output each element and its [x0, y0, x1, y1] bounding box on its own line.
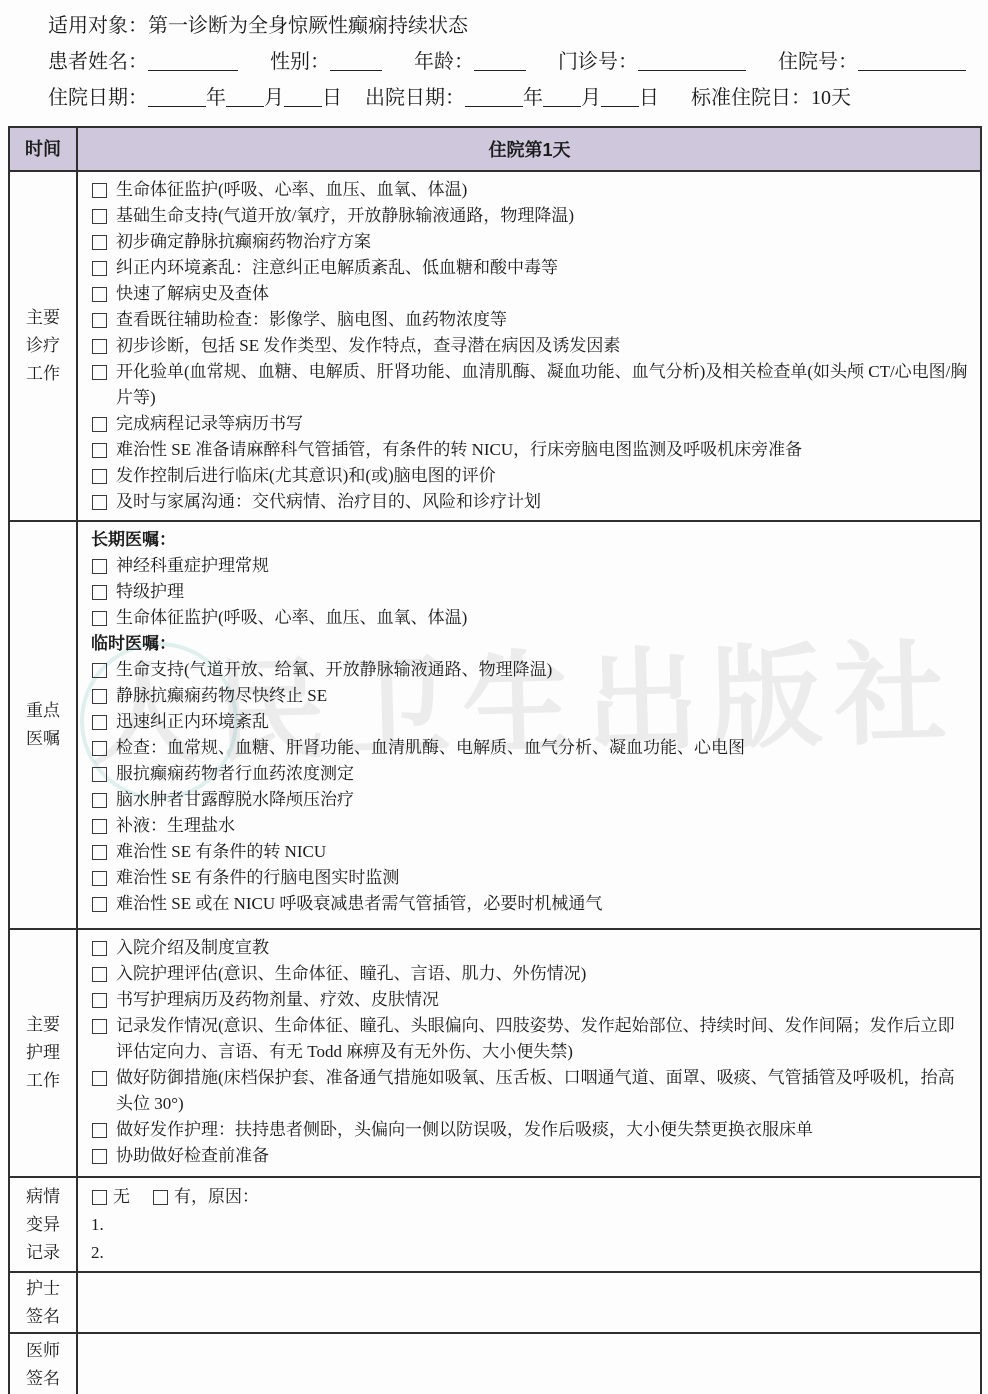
checkbox-icon[interactable]: [92, 663, 107, 678]
patient-name-label: 患者姓名：: [48, 51, 148, 73]
applicable-target-line: 适用对象：第一诊断为全身惊厥性癫痫持续状态: [48, 8, 958, 44]
checkbox-icon[interactable]: [92, 897, 107, 912]
variation-options: 无 有，原因：: [91, 1183, 968, 1211]
row-main-treatment-work: 主要 诊疗 工作 生命体征监护(呼吸、心率、血压、血氧、体温) 基础生命支持(气…: [10, 170, 980, 520]
checkbox-icon[interactable]: [92, 469, 107, 484]
checkbox-icon[interactable]: [92, 845, 107, 860]
checkbox-icon[interactable]: [92, 261, 107, 276]
variation-record-area: 无 有，原因： 1. 2.: [78, 1178, 980, 1271]
admission-month-blank[interactable]: [226, 86, 264, 107]
checkbox-icon[interactable]: [92, 1149, 107, 1164]
year-suffix: 年: [523, 87, 543, 109]
checklist-item: 开化验单(血常规、血糖、电解质、肝肾功能、血清肌酶、凝血功能、血气分析)及相关检…: [91, 359, 968, 411]
time-column-header: 时间: [10, 128, 78, 170]
checklist-item: 服抗癫痫药物者行血药浓度测定: [91, 761, 968, 787]
day-suffix: 日: [322, 87, 342, 109]
checklist-item-text: 检查：血常规、血糖、肝肾功能、血清肌酶、电解质、血气分析、凝血功能、心电图: [116, 735, 745, 761]
checklist-item: 生命体征监护(呼吸、心率、血压、血氧、体温): [91, 177, 968, 203]
variation-none-label: 无: [113, 1183, 130, 1211]
checklist-item-text: 做好发作护理：扶持患者侧卧，头偏向一侧以防误吸，发作后吸痰，大小便失禁更换衣服床…: [116, 1117, 813, 1143]
checklist-item-text: 入院护理评估(意识、生命体征、瞳孔、言语、肌力、外伤情况): [116, 961, 586, 987]
checklist-item-text: 协助做好检查前准备: [116, 1143, 269, 1169]
row-key-orders: 重点 医嘱 长期医嘱： 神经科重症护理常规 特级护理 生命体征监护(呼吸、心率、…: [10, 520, 980, 928]
checklist-item: 基础生命支持(气道开放/氧疗，开放静脉输液通路，物理降温): [91, 203, 968, 229]
checklist-item-text: 难治性 SE 或在 NICU 呼吸衰减患者需气管插管，必要时机械通气: [116, 891, 602, 917]
standard-stay-text: 标准住院日：10天: [691, 87, 851, 109]
patient-info-line: 患者姓名： 性别： 年龄： 门诊号： 住院号：: [48, 44, 958, 80]
checklist-item: 难治性 SE 有条件的转 NICU: [91, 839, 968, 865]
checklist-item: 书写护理病历及药物剂量、疗效、皮肤情况: [91, 987, 968, 1013]
checkbox-icon[interactable]: [92, 819, 107, 834]
clinical-pathway-table: 时间 住院第1天 主要 诊疗 工作 生命体征监护(呼吸、心率、血压、血氧、体温)…: [8, 126, 982, 1394]
long-term-orders-heading: 长期医嘱：: [91, 527, 968, 553]
row-label-main-treatment-work: 主要 诊疗 工作: [10, 172, 78, 520]
checklist-item-text: 生命支持(气道开放、给氧、开放静脉输液通路、物理降温): [116, 657, 552, 683]
checklist-item: 难治性 SE 有条件的行脑电图实时监测: [91, 865, 968, 891]
row-label-key-orders: 重点 医嘱: [10, 522, 78, 928]
checklist-item-text: 完成病程记录等病历书写: [116, 411, 303, 437]
checkbox-icon[interactable]: [92, 313, 107, 328]
checklist-item-text: 查看既往辅助检查：影像学、脑电图、血药物浓度等: [116, 307, 507, 333]
day1-column-header: 住院第1天: [78, 128, 980, 170]
checkbox-icon[interactable]: [92, 741, 107, 756]
checkbox-icon[interactable]: [92, 495, 107, 510]
year-suffix: 年: [206, 87, 226, 109]
checklist-item: 快速了解病史及查体: [91, 281, 968, 307]
inpatient-no-label: 住院号：: [778, 51, 858, 73]
inpatient-no-blank[interactable]: [858, 50, 966, 71]
variation-reason-line-2[interactable]: 2.: [91, 1239, 968, 1267]
checklist-item: 迅速纠正内环境紊乱: [91, 709, 968, 735]
checklist-item-text: 纠正内环境紊乱：注意纠正电解质紊乱、低血糖和酸中毒等: [116, 255, 558, 281]
nurse-signature-area[interactable]: [78, 1273, 980, 1332]
checklist-item: 做好防御措施(床档保护套、准备通气措施如吸氧、压舌板、口咽通气道、面罩、吸痰、气…: [91, 1065, 968, 1117]
checkbox-icon[interactable]: [92, 585, 107, 600]
table-header-row: 时间 住院第1天: [10, 128, 980, 170]
checklist-item-text: 难治性 SE 有条件的转 NICU: [116, 839, 326, 865]
checklist-item-text: 生命体征监护(呼吸、心率、血压、血氧、体温): [116, 177, 467, 203]
admission-date-label: 住院日期：: [48, 87, 148, 109]
checklist-item-text: 做好防御措施(床档保护套、准备通气措施如吸氧、压舌板、口咽通气道、面罩、吸痰、气…: [116, 1065, 968, 1117]
row-label-nurse-signature: 护士 签名: [10, 1273, 78, 1332]
checkbox-icon[interactable]: [92, 941, 107, 956]
checklist-item-text: 迅速纠正内环境紊乱: [116, 709, 269, 735]
checklist-item-text: 发作控制后进行临床(尤其意识)和(或)脑电图的评价: [116, 463, 496, 489]
month-suffix: 月: [581, 87, 601, 109]
checkbox-icon[interactable]: [92, 1071, 107, 1086]
checklist-item-text: 初步确定静脉抗癫痫药物治疗方案: [116, 229, 371, 255]
checkbox-icon[interactable]: [92, 365, 107, 380]
day-suffix: 日: [639, 87, 659, 109]
checkbox-icon[interactable]: [92, 715, 107, 730]
checklist-item: 神经科重症护理常规: [91, 553, 968, 579]
checklist-item: 做好发作护理：扶持患者侧卧，头偏向一侧以防误吸，发作后吸痰，大小便失禁更换衣服床…: [91, 1117, 968, 1143]
discharge-month-blank[interactable]: [543, 86, 581, 107]
checkbox-icon[interactable]: [92, 871, 107, 886]
checklist-item: 特级护理: [91, 579, 968, 605]
checklist-item: 难治性 SE 或在 NICU 呼吸衰减患者需气管插管，必要时机械通气: [91, 891, 968, 917]
variation-yes-label: 有，原因：: [174, 1183, 259, 1211]
checklist-item-text: 补液：生理盐水: [116, 813, 235, 839]
checkbox-icon[interactable]: [92, 1019, 107, 1034]
checkbox-icon[interactable]: [92, 339, 107, 354]
document-header: 适用对象：第一诊断为全身惊厥性癫痫持续状态 患者姓名： 性别： 年龄： 门诊号：…: [48, 8, 958, 116]
outpatient-no-label: 门诊号：: [558, 51, 638, 73]
row-label-main-nursing-work: 主要 护理 工作: [10, 930, 78, 1176]
checklist-item: 检查：血常规、血糖、肝肾功能、血清肌酶、电解质、血气分析、凝血功能、心电图: [91, 735, 968, 761]
checklist-item: 查看既往辅助检查：影像学、脑电图、血药物浓度等: [91, 307, 968, 333]
discharge-year-blank[interactable]: [465, 86, 523, 107]
checklist-item-text: 基础生命支持(气道开放/氧疗，开放静脉输液通路，物理降温): [116, 203, 574, 229]
row-nurse-signature: 护士 签名: [10, 1271, 980, 1332]
row-physician-signature: 医师 签名: [10, 1332, 980, 1394]
checkbox-icon[interactable]: [92, 689, 107, 704]
checklist-item-text: 快速了解病史及查体: [116, 281, 269, 307]
admission-year-blank[interactable]: [148, 86, 206, 107]
checklist-item-text: 入院介绍及制度宣教: [116, 935, 269, 961]
checklist-item-text: 初步诊断，包括 SE 发作类型、发作特点，查寻潜在病因及诱发因素: [116, 333, 620, 359]
checklist-item: 入院介绍及制度宣教: [91, 935, 968, 961]
admission-day-blank[interactable]: [284, 86, 322, 107]
checklist-item-text: 静脉抗癫痫药物尽快终止 SE: [116, 683, 327, 709]
checklist-item: 纠正内环境紊乱：注意纠正电解质紊乱、低血糖和酸中毒等: [91, 255, 968, 281]
checklist-item: 生命支持(气道开放、给氧、开放静脉输液通路、物理降温): [91, 657, 968, 683]
nursing-checklist: 入院介绍及制度宣教 入院护理评估(意识、生命体征、瞳孔、言语、肌力、外伤情况) …: [78, 930, 980, 1176]
row-main-nursing-work: 主要 护理 工作 入院介绍及制度宣教 入院护理评估(意识、生命体征、瞳孔、言语、…: [10, 928, 980, 1176]
outpatient-no-blank[interactable]: [638, 50, 746, 71]
checkbox-icon[interactable]: [92, 209, 107, 224]
checklist-item: 初步诊断，包括 SE 发作类型、发作特点，查寻潜在病因及诱发因素: [91, 333, 968, 359]
checkbox-icon[interactable]: [92, 1190, 107, 1205]
checkbox-icon[interactable]: [92, 793, 107, 808]
checklist-item-text: 记录发作情况(意识、生命体征、瞳孔、头眼偏向、四肢姿势、发作起始部位、持续时间、…: [116, 1013, 968, 1065]
checklist-item: 静脉抗癫痫药物尽快终止 SE: [91, 683, 968, 709]
checklist-item-text: 开化验单(血常规、血糖、电解质、肝肾功能、血清肌酶、凝血功能、血气分析)及相关检…: [116, 359, 968, 411]
checkbox-icon[interactable]: [92, 559, 107, 574]
age-blank[interactable]: [474, 50, 526, 71]
discharge-date-label: 出院日期：: [365, 87, 465, 109]
checkbox-icon[interactable]: [92, 417, 107, 432]
main-treatment-checklist: 生命体征监护(呼吸、心率、血压、血氧、体温) 基础生命支持(气道开放/氧疗，开放…: [78, 172, 980, 520]
checklist-item-text: 难治性 SE 准备请麻醉科气管插管，有条件的转 NICU，行床旁脑电图监测及呼吸…: [116, 437, 802, 463]
checkbox-icon[interactable]: [92, 967, 107, 982]
temporary-orders-heading: 临时医嘱：: [91, 631, 968, 657]
gender-label: 性别：: [270, 51, 330, 73]
age-label: 年龄：: [414, 51, 474, 73]
checkbox-icon[interactable]: [92, 287, 107, 302]
physician-signature-area[interactable]: [78, 1334, 980, 1394]
checklist-item: 入院护理评估(意识、生命体征、瞳孔、言语、肌力、外伤情况): [91, 961, 968, 987]
checklist-item: 初步确定静脉抗癫痫药物治疗方案: [91, 229, 968, 255]
row-variation-record: 病情 变异 记录 无 有，原因： 1. 2.: [10, 1176, 980, 1271]
date-line: 住院日期：年月日 出院日期：年月日 标准住院日：10天: [48, 80, 958, 116]
checklist-item: 难治性 SE 准备请麻醉科气管插管，有条件的转 NICU，行床旁脑电图监测及呼吸…: [91, 437, 968, 463]
row-label-physician-signature: 医师 签名: [10, 1334, 78, 1394]
checklist-item: 补液：生理盐水: [91, 813, 968, 839]
key-orders-checklist: 长期医嘱： 神经科重症护理常规 特级护理 生命体征监护(呼吸、心率、血压、血氧、…: [78, 522, 980, 928]
checkbox-icon[interactable]: [92, 1123, 107, 1138]
checklist-item-text: 书写护理病历及药物剂量、疗效、皮肤情况: [116, 987, 439, 1013]
checkbox-icon[interactable]: [92, 443, 107, 458]
checklist-item-text: 及时与家属沟通：交代病情、治疗目的、风险和诊疗计划: [116, 489, 541, 515]
month-suffix: 月: [264, 87, 284, 109]
patient-name-blank[interactable]: [148, 50, 238, 71]
checklist-item: 协助做好检查前准备: [91, 1143, 968, 1169]
checkbox-icon[interactable]: [92, 767, 107, 782]
checkbox-icon[interactable]: [92, 235, 107, 250]
discharge-day-blank[interactable]: [601, 86, 639, 107]
page: { "watermark": { "text": "人民卫生出版社" }, "d…: [0, 0, 988, 1394]
variation-reason-line-1[interactable]: 1.: [91, 1211, 968, 1239]
checklist-item-text: 特级护理: [116, 579, 184, 605]
checklist-item-text: 难治性 SE 有条件的行脑电图实时监测: [116, 865, 399, 891]
checkbox-icon[interactable]: [92, 183, 107, 198]
checklist-item: 及时与家属沟通：交代病情、治疗目的、风险和诊疗计划: [91, 489, 968, 515]
checklist-item: 生命体征监护(呼吸、心率、血压、血氧、体温): [91, 605, 968, 631]
gender-blank[interactable]: [330, 50, 382, 71]
checkbox-icon[interactable]: [92, 993, 107, 1008]
checklist-item: 脑水肿者甘露醇脱水降颅压治疗: [91, 787, 968, 813]
checklist-item: 完成病程记录等病历书写: [91, 411, 968, 437]
checkbox-icon[interactable]: [92, 611, 107, 626]
checklist-item-text: 服抗癫痫药物者行血药浓度测定: [116, 761, 354, 787]
checklist-item: 发作控制后进行临床(尤其意识)和(或)脑电图的评价: [91, 463, 968, 489]
checkbox-icon[interactable]: [153, 1190, 168, 1205]
row-label-variation-record: 病情 变异 记录: [10, 1178, 78, 1271]
checklist-item-text: 神经科重症护理常规: [116, 553, 269, 579]
checklist-item-text: 脑水肿者甘露醇脱水降颅压治疗: [116, 787, 354, 813]
checklist-item-text: 生命体征监护(呼吸、心率、血压、血氧、体温): [116, 605, 467, 631]
checklist-item: 记录发作情况(意识、生命体征、瞳孔、头眼偏向、四肢姿势、发作起始部位、持续时间、…: [91, 1013, 968, 1065]
